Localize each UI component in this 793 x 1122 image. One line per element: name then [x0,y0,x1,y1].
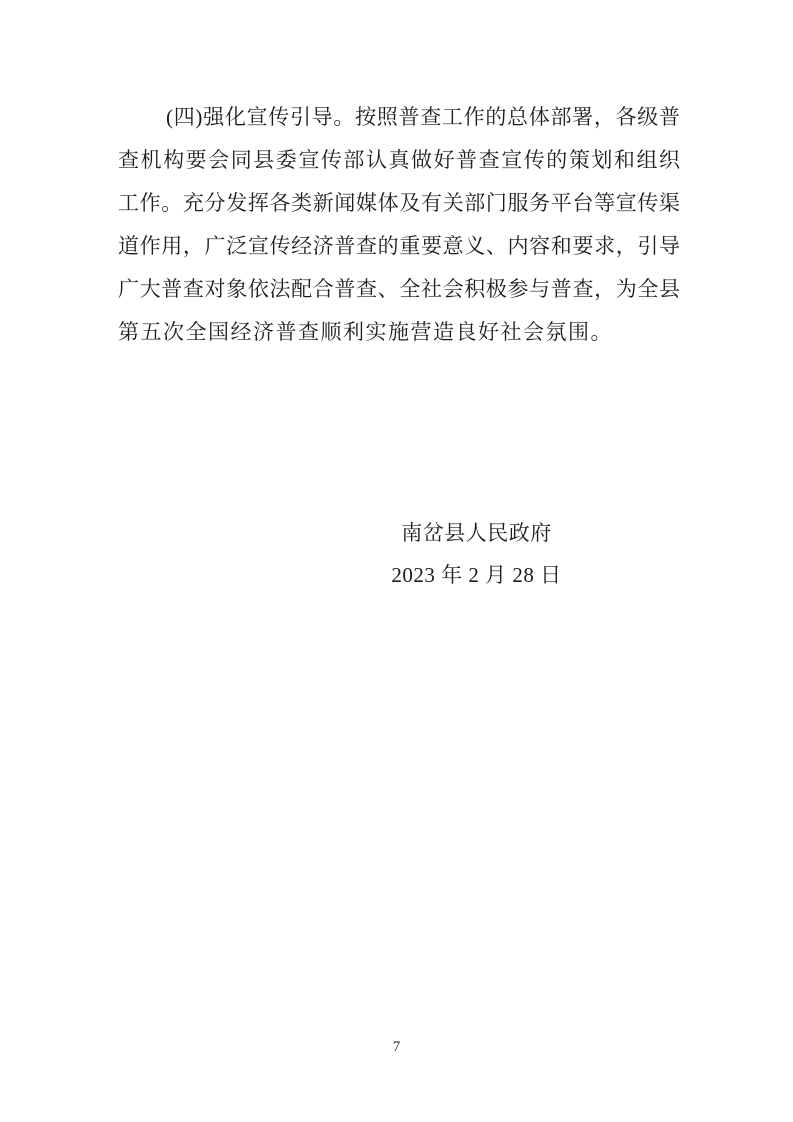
document-page: (四)强化宣传引导。按照普查工作的总体部署，各级普 查机构要会同县委宣传部认真做… [0,0,793,1122]
signature-authority: 南岔县人民政府 [391,512,561,554]
paragraph-line: (四)强化宣传引导。按照普查工作的总体部署，各级普 [118,96,680,139]
signature-inner: 南岔县人民政府 2023 年 2 月 28 日 [391,512,561,596]
paragraph-line: 道作用，广泛宣传经济普查的重要意义、内容和要求，引导 [118,225,680,268]
paragraph-line: 工作。充分发挥各类新闻媒体及有关部门服务平台等宣传渠 [118,182,680,225]
paragraph-line: 第五次全国经济普查顺利实施营造良好社会氛围。 [118,311,680,354]
signature-block: 南岔县人民政府 2023 年 2 月 28 日 [0,512,793,596]
page-number: 7 [0,1037,793,1057]
paragraph-line: 广大普查对象依法配合普查、全社会积极参与普查，为全县 [118,268,680,311]
signature-date: 2023 年 2 月 28 日 [391,554,561,596]
paragraph-line: 查机构要会同县委宣传部认真做好普查宣传的策划和组织 [118,139,680,182]
body-paragraph: (四)强化宣传引导。按照普查工作的总体部署，各级普 查机构要会同县委宣传部认真做… [118,96,680,354]
